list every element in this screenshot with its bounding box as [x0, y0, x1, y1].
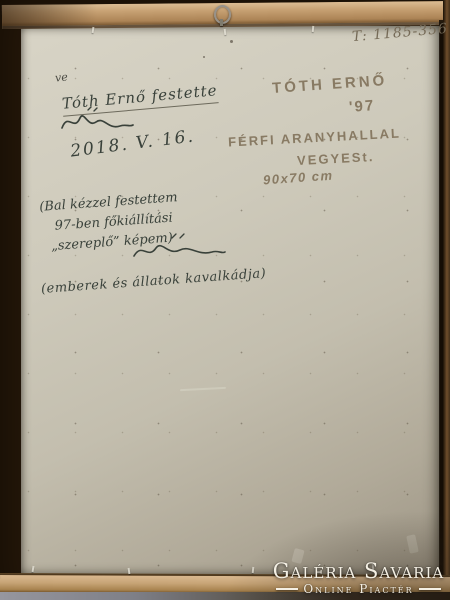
frame-left-rail	[0, 5, 21, 594]
watermark-subtitle: Online Piactér	[303, 582, 413, 596]
frame-shadow-gap	[439, 20, 443, 580]
frame-right-rail	[443, 0, 450, 600]
nail-speck	[230, 40, 233, 43]
signature-scribble	[128, 232, 228, 266]
corner-mark: ve	[54, 70, 68, 84]
nail-speck	[203, 56, 205, 58]
signature-scribble	[58, 106, 136, 136]
watermark-dash-left	[276, 588, 298, 590]
watermark-subtitle-row: Online Piactér	[271, 582, 446, 596]
artwork-back-photo: T: 1185-356 ve Tóth Ernő festette 2018. …	[0, 0, 450, 600]
watermark-dash-right	[419, 588, 441, 590]
watermark-title: Galéria Savaria	[271, 561, 446, 581]
hanging-ring-stem	[220, 19, 223, 26]
gallery-watermark: Galéria Savaria Online Piactér	[271, 561, 446, 596]
artwork-year: '97	[348, 97, 375, 116]
